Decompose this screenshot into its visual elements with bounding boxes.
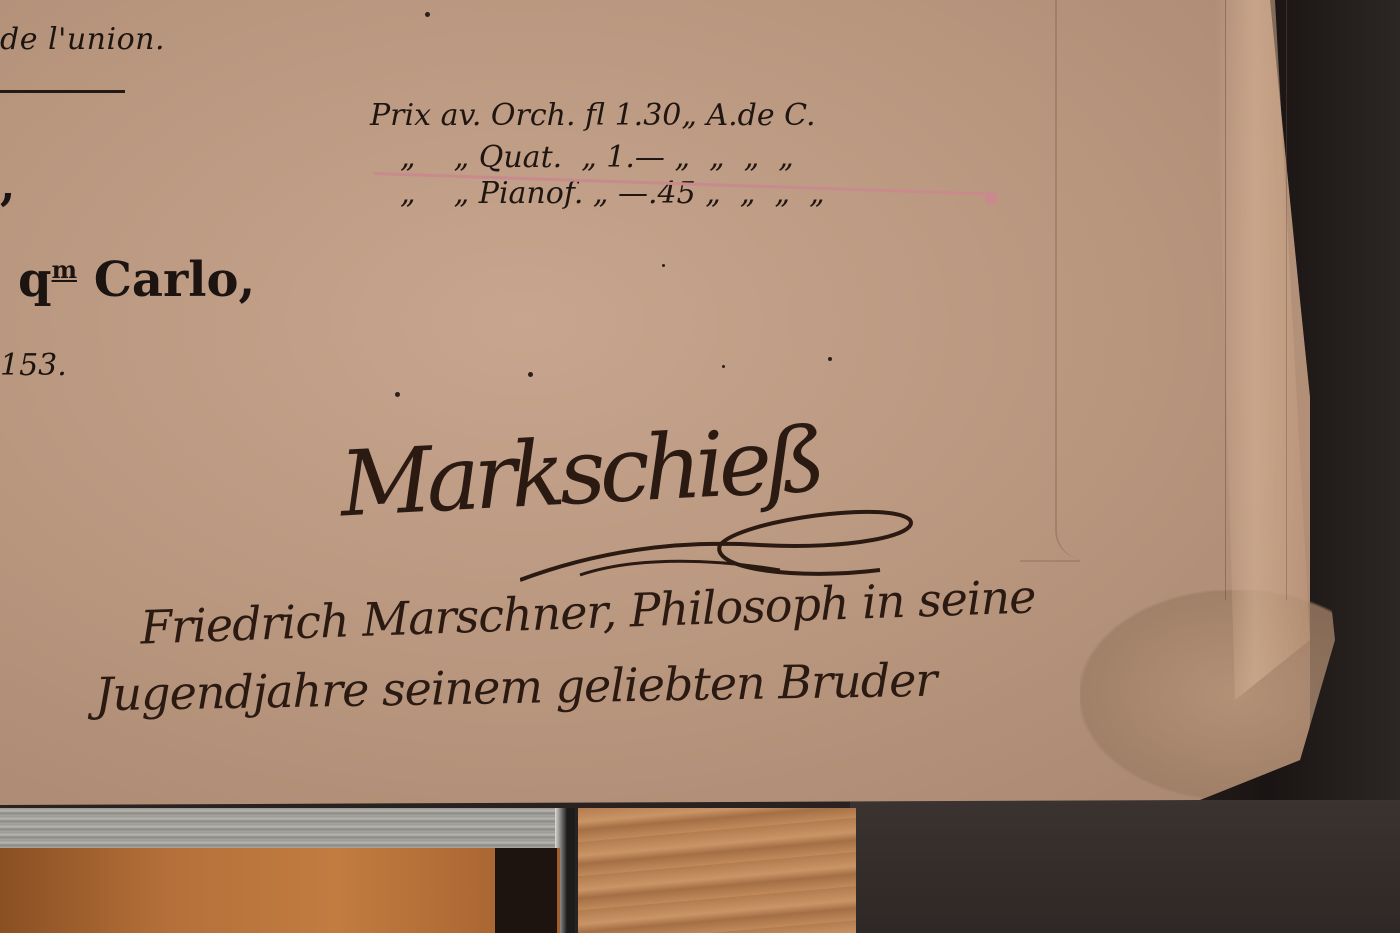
price-row-orchestra: Prix av. Orch. fl 1.30„ A.de C. [370, 92, 825, 140]
deckle-edge [1055, 0, 1087, 560]
wooden-base [0, 848, 560, 933]
background-lower-right [850, 800, 1400, 933]
name-text: Carlo, [94, 252, 256, 308]
page-fold-lines [1225, 0, 1287, 600]
name-prefix: q [18, 252, 52, 308]
document-page: de l'union. , qm Carlo, 153. Prix av. Or… [0, 0, 1310, 805]
wooden-support-block [578, 808, 856, 933]
printed-comma: , [0, 160, 15, 211]
deckle-edge-bottom [1020, 540, 1080, 562]
handwritten-dedication-line-2: Jugendjahre seinem geliebten Bruder [95, 653, 937, 722]
red-ink-dot [985, 193, 997, 205]
printed-rule [0, 90, 125, 93]
glass-shelf-edge [0, 808, 564, 848]
printed-top-line: de l'union. [0, 22, 165, 57]
printed-name: qm Carlo, [18, 252, 255, 308]
printed-number: 153. [0, 348, 67, 383]
wooden-base-shadow [495, 848, 557, 933]
name-superscript: m [52, 255, 77, 284]
price-list: Prix av. Orch. fl 1.30„ A.de C. „ „ Quat… [370, 92, 825, 218]
photo-scene: de l'union. , qm Carlo, 153. Prix av. Or… [0, 0, 1400, 933]
